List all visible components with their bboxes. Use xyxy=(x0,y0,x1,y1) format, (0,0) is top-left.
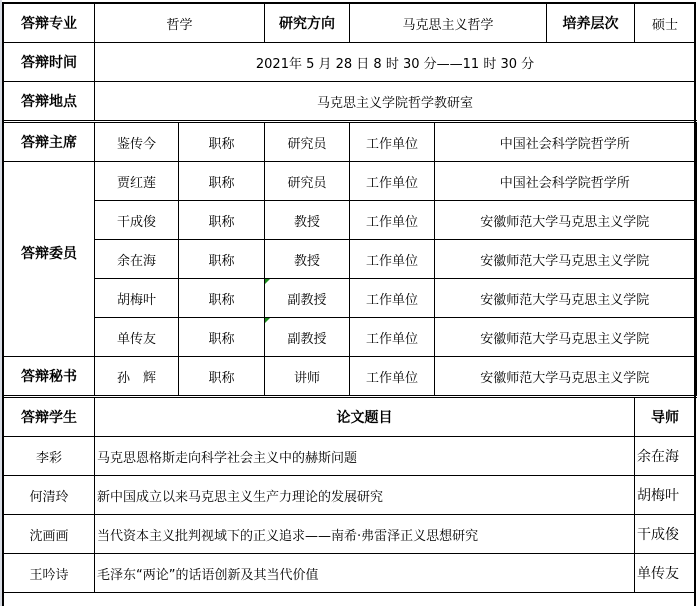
major-value[interactable]: 哲学 xyxy=(95,4,265,43)
student-row: 王吟诗 毛泽东“两论”的话语创新及其当代价值 单传友 xyxy=(4,554,696,593)
member-name[interactable]: 干成俊 xyxy=(95,201,179,240)
major-row: 答辩专业 哲学 研究方向 马克思主义哲学 培养层次 硕士 xyxy=(4,4,696,43)
sheet-edge xyxy=(0,0,2,606)
title-label: 职称 xyxy=(179,318,265,357)
direction-value[interactable]: 马克思主义哲学 xyxy=(350,4,547,43)
committee-row: 答辩主席 鉴传今 职称 研究员 工作单位 中国社会科学院哲学所 xyxy=(4,122,696,162)
defense-schedule-table: 答辩专业 哲学 研究方向 马克思主义哲学 培养层次 硕士 答辩时间 2021年 … xyxy=(3,3,697,593)
member-unit[interactable]: 中国社会科学院哲学所 xyxy=(435,162,696,201)
thesis-title[interactable]: 马克思恩格斯走向科学社会主义中的赫斯问题 xyxy=(95,437,635,476)
committee-row: 余在海 职称 教授 工作单位 安徽师范大学马克思主义学院 xyxy=(4,240,696,279)
secretary-label: 答辩秘书 xyxy=(4,357,95,397)
student-row: 何清玲 新中国成立以来马克思主义生产力理论的发展研究 胡梅叶 xyxy=(4,476,696,515)
unit-label: 工作单位 xyxy=(350,357,435,397)
member-unit[interactable]: 安徽师范大学马克思主义学院 xyxy=(435,201,696,240)
time-row: 答辩时间 2021年 5 月 28 日 8 时 30 分——11 时 30 分 xyxy=(4,43,696,82)
secretary-row: 答辩秘书 孙 辉 职称 讲师 工作单位 安徽师范大学马克思主义学院 xyxy=(4,357,696,397)
member-title[interactable]: 研究员 xyxy=(265,122,350,162)
advisor-name[interactable]: 干成俊 xyxy=(635,515,696,554)
member-title[interactable]: 教授 xyxy=(265,240,350,279)
member-name[interactable]: 胡梅叶 xyxy=(95,279,179,318)
member-name[interactable]: 余在海 xyxy=(95,240,179,279)
member-name[interactable]: 鉴传今 xyxy=(95,122,179,162)
student-name[interactable]: 王吟诗 xyxy=(4,554,95,593)
advisor-name[interactable]: 单传友 xyxy=(635,554,696,593)
students-header-row: 答辩学生 论文题目 导师 xyxy=(4,397,696,437)
member-unit[interactable]: 中国社会科学院哲学所 xyxy=(435,122,696,162)
time-value[interactable]: 2021年 5 月 28 日 8 时 30 分——11 时 30 分 xyxy=(95,43,696,82)
place-label: 答辩地点 xyxy=(4,82,95,122)
committee-row: 胡梅叶 职称 副教授 工作单位 安徽师范大学马克思主义学院 xyxy=(4,279,696,318)
member-name[interactable]: 单传友 xyxy=(95,318,179,357)
title-label: 职称 xyxy=(179,357,265,397)
advisor-name[interactable]: 胡梅叶 xyxy=(635,476,696,515)
member-name[interactable]: 贾红莲 xyxy=(95,162,179,201)
committee-row: 答辩委员 贾红莲 职称 研究员 工作单位 中国社会科学院哲学所 xyxy=(4,162,696,201)
member-unit[interactable]: 安徽师范大学马克思主义学院 xyxy=(435,279,696,318)
unit-label: 工作单位 xyxy=(350,318,435,357)
member-name[interactable]: 孙 辉 xyxy=(95,357,179,397)
unit-label: 工作单位 xyxy=(350,201,435,240)
title-label: 职称 xyxy=(179,279,265,318)
major-label: 答辩专业 xyxy=(4,4,95,43)
student-name[interactable]: 何清玲 xyxy=(4,476,95,515)
member-title[interactable]: 研究员 xyxy=(265,162,350,201)
level-value[interactable]: 硕士 xyxy=(635,4,696,43)
member-title[interactable]: 副教授 xyxy=(265,318,350,357)
title-label: 职称 xyxy=(179,240,265,279)
member-unit[interactable]: 安徽师范大学马克思主义学院 xyxy=(435,357,696,397)
member-title[interactable]: 讲师 xyxy=(265,357,350,397)
unit-label: 工作单位 xyxy=(350,162,435,201)
advisor-name[interactable]: 余在海 xyxy=(635,437,696,476)
unit-label: 工作单位 xyxy=(350,240,435,279)
thesis-header: 论文题目 xyxy=(95,397,635,437)
student-header: 答辩学生 xyxy=(4,397,95,437)
direction-label: 研究方向 xyxy=(265,4,350,43)
committee-row: 单传友 职称 副教授 工作单位 安徽师范大学马克思主义学院 xyxy=(4,318,696,357)
unit-label: 工作单位 xyxy=(350,279,435,318)
committee-row: 干成俊 职称 教授 工作单位 安徽师范大学马克思主义学院 xyxy=(4,201,696,240)
member-unit[interactable]: 安徽师范大学马克思主义学院 xyxy=(435,318,696,357)
title-label: 职称 xyxy=(179,162,265,201)
advisor-header: 导师 xyxy=(635,397,696,437)
level-label: 培养层次 xyxy=(547,4,635,43)
student-name[interactable]: 沈画画 xyxy=(4,515,95,554)
member-title[interactable]: 教授 xyxy=(265,201,350,240)
thesis-title[interactable]: 毛泽东“两论”的话语创新及其当代价值 xyxy=(95,554,635,593)
thesis-title[interactable]: 新中国成立以来马克思主义生产力理论的发展研究 xyxy=(95,476,635,515)
unit-label: 工作单位 xyxy=(350,122,435,162)
title-label: 职称 xyxy=(179,122,265,162)
member-title[interactable]: 副教授 xyxy=(265,279,350,318)
place-row: 答辩地点 马克思主义学院哲学教研室 xyxy=(4,82,696,122)
time-label: 答辩时间 xyxy=(4,43,95,82)
student-row: 李彩 马克思恩格斯走向科学社会主义中的赫斯问题 余在海 xyxy=(4,437,696,476)
student-row: 沈画画 当代资本主义批判视域下的正义追求——南希·弗雷泽正义思想研究 干成俊 xyxy=(4,515,696,554)
member-unit[interactable]: 安徽师范大学马克思主义学院 xyxy=(435,240,696,279)
thesis-title[interactable]: 当代资本主义批判视域下的正义追求——南希·弗雷泽正义思想研究 xyxy=(95,515,635,554)
place-value[interactable]: 马克思主义学院哲学教研室 xyxy=(95,82,696,122)
title-label: 职称 xyxy=(179,201,265,240)
student-name[interactable]: 李彩 xyxy=(4,437,95,476)
members-label: 答辩委员 xyxy=(4,162,95,357)
chair-label: 答辩主席 xyxy=(4,122,95,162)
